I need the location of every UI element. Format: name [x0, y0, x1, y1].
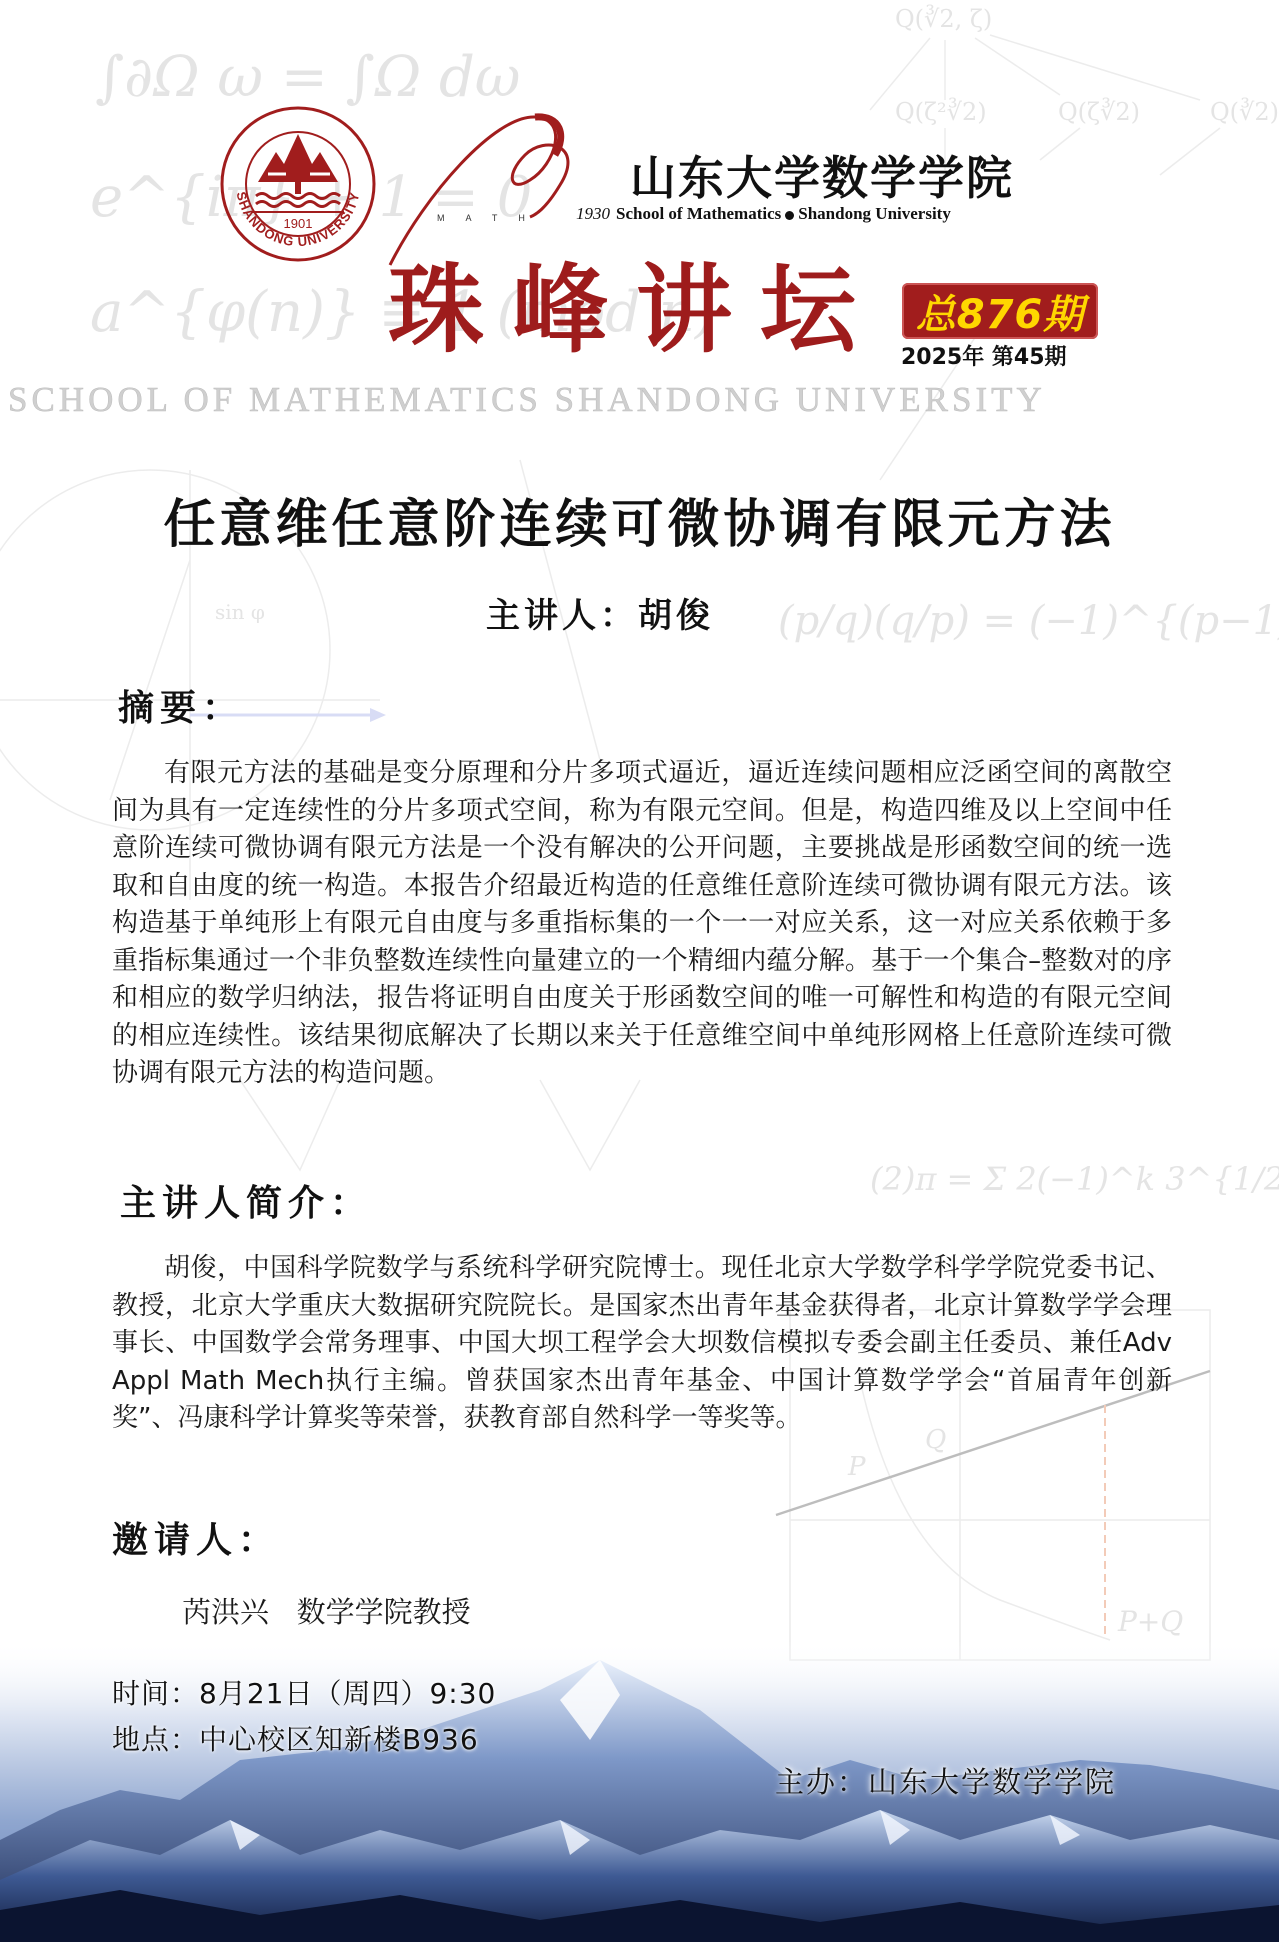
bg-formula-quadratic-reciprocity: (p/q)(q/p) = (−1)^{(p−1)/2 · (q−1)/2} [778, 598, 1279, 644]
math-logo-letters: MATH [437, 213, 546, 223]
time-label: 时间： [112, 1677, 199, 1710]
lecture-poster: ∫∂Ω ω = ∫Ω dω e^{iπ} + 1 = 0 a^{φ(n)} ≡ … [0, 0, 1279, 1942]
bg-formula-pi-series: (2)π = Σ 2(−1)^k 3^{1/2−k} / (2k+1) [870, 1160, 1279, 1198]
english-banner: SCHOOL OF MATHEMATICS SHANDONG UNIVERSIT… [8, 380, 1046, 420]
speaker-label: 主讲人： [486, 596, 638, 636]
issue-total-badge: 总876期 [902, 283, 1098, 339]
school-name-english: 1930School of MathematicsShandong Univer… [576, 204, 951, 224]
bg-formula-stokes: ∫∂Ω ω = ∫Ω dω [95, 45, 520, 110]
inviter-title: 数学学院教授 [297, 1595, 471, 1629]
event-host: 主办：山东大学数学学院 [775, 1760, 1116, 1801]
inviter-line: 芮洪兴 数学学院教授 [182, 1590, 471, 1631]
issue-total-text: 总876期 [916, 283, 1085, 340]
bg-label-p-plus-q: P+Q [1118, 1605, 1183, 1638]
speaker-name: 胡俊 [638, 596, 714, 636]
bg-label-p: P [848, 1452, 866, 1482]
abstract-heading: 摘要： [118, 680, 244, 731]
speaker-line: 主讲人：胡俊 [486, 588, 714, 637]
abstract-text: 有限元方法的基础是变分原理和分片多项式逼近，逼近连续问题相应泛函空间的离散空间为… [112, 755, 1172, 1093]
bio-heading: 主讲人简介： [120, 1175, 372, 1226]
place-value: 中心校区知新楼B936 [199, 1723, 479, 1756]
bg-formula-field-1: Q(ζ²∛2) [895, 98, 987, 126]
bg-formula-field-2: Q(ζ∛2) [1058, 98, 1140, 126]
founding-year: 1930 [576, 204, 610, 223]
issue-year-number: 2025年 第45期 [901, 340, 1067, 371]
place-label: 地点： [112, 1723, 199, 1756]
math-school-swoosh-logo-icon [385, 105, 615, 270]
school-name-chinese: 山东大学数学学院 [630, 142, 1014, 208]
school-name-en-right: Shandong University [798, 204, 951, 223]
svg-text:1901: 1901 [284, 216, 313, 231]
time-value: 8月21日（周四）9:30 [199, 1677, 496, 1710]
bio-text: 胡俊，中国科学院数学与系统科学研究院博士。现任北京大学数学科学学院党委书记、教授… [112, 1250, 1172, 1438]
separator-dot-icon [785, 211, 794, 220]
host-value: 山东大学数学学院 [868, 1765, 1116, 1799]
bg-formula-field-3: Q(∛2) [1210, 98, 1279, 126]
inviter-name: 芮洪兴 [182, 1595, 269, 1629]
bg-label-sin: sin φ [215, 600, 265, 624]
event-location: 地点：中心校区知新楼B936 [112, 1718, 479, 1758]
host-label: 主办： [775, 1765, 868, 1799]
school-name-en-left: School of Mathematics [616, 204, 781, 223]
bg-formula-field-top: Q(∛2, ζ) [895, 5, 992, 33]
shandong-university-seal-icon: 1901 SHANDONG UNIVERSITY [218, 104, 378, 264]
inviter-heading: 邀请人： [112, 1512, 280, 1563]
talk-title: 任意维任意阶连续可微协调有限元方法 [0, 482, 1279, 557]
forum-title: 珠峰讲坛 [388, 262, 884, 358]
event-time: 时间：8月21日（周四）9:30 [112, 1672, 496, 1712]
